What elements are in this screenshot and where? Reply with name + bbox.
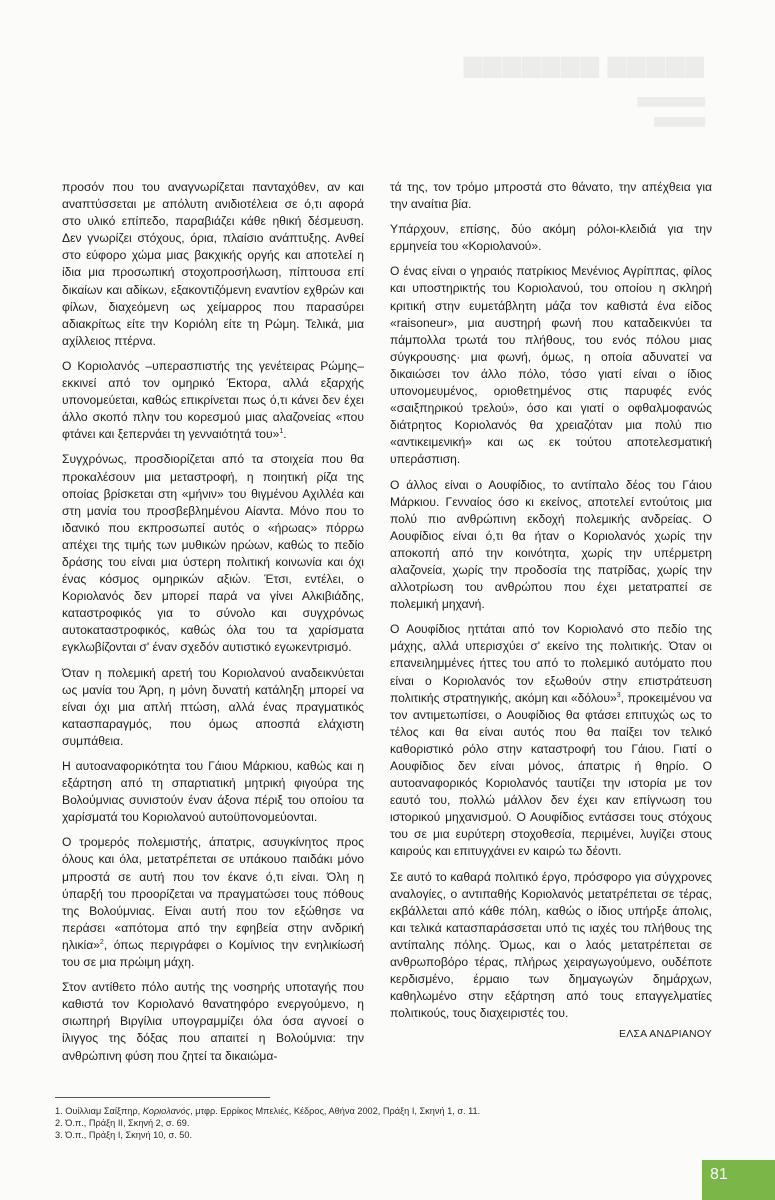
footnote-book-title: Κοριολανός — [143, 1106, 190, 1116]
page-number-badge: 81 — [702, 1160, 775, 1200]
footnotes: 1. Ουίλλιαμ Σαίξπηρ, Κοριολανός, μτφρ. Ε… — [55, 1105, 615, 1142]
footnote-number: 1. — [55, 1106, 63, 1116]
paragraph-text: Ο Κοριολανός –υπερασπιστής της γενέτειρα… — [62, 359, 364, 441]
faded-subline: ▆▆▆▆▆▆▆▆ — [637, 94, 705, 107]
article-column-right: τά της, τον τρόμο μπροστά στο θάνατο, τη… — [390, 179, 712, 1044]
paragraph: Ο Κοριολανός –υπερασπιστής της γενέτειρα… — [62, 358, 364, 443]
paragraph-text: , προκειμένου να τον αντιμετωπίσει, ο Αο… — [390, 691, 712, 859]
faded-subline: ▆▆▆▆▆▆ — [654, 114, 705, 127]
paragraph: Ο τρομερός πολεμιστής, άπατρις, ασυγκίνη… — [62, 834, 364, 971]
footnote-item: 3. Ό.π., Πράξη Ι, Σκηνή 10, σ. 50. — [55, 1129, 615, 1141]
paragraph: Ο ένας είναι ο γηραιός πατρίκιος Μενένιο… — [390, 263, 712, 468]
footnote-item: 2. Ό.π., Πράξη ΙΙ, Σκηνή 2, σ. 69. — [55, 1117, 615, 1129]
author-signature: ΕΛΣΑ ΑΝΔΡΙΑΝΟΥ — [390, 1026, 712, 1043]
paragraph: Ο άλλος είναι ο Αουφίδιος, το αντίπαλο δ… — [390, 477, 712, 614]
footnote-text: Ουίλλιαμ Σαίξπηρ, — [63, 1106, 143, 1116]
footnote-number: 3. — [55, 1130, 63, 1140]
paragraph: Η αυτοαναφορικότητα του Γάιου Μάρκιου, κ… — [62, 758, 364, 826]
footnote-divider — [55, 1097, 270, 1098]
faded-show-through-header: ▆▆▆▆▆▆▆ ▆▆▆▆▆ ▆▆▆▆▆▆▆▆ ▆▆▆▆▆▆ — [415, 50, 705, 130]
footnote-text: Ό.π., Πράξη ΙΙ, Σκηνή 2, σ. 69. — [63, 1118, 190, 1128]
paragraph: Όταν η πολεμική αρετή του Κοριολανού ανα… — [62, 665, 364, 750]
paragraph: Στον αντίθετο πόλο αυτής της νοσηρής υπο… — [62, 979, 364, 1064]
footnote-text: , μτφρ. Ερρίκος Μπελιές, Κέδρος, Αθήνα 2… — [190, 1106, 480, 1116]
faded-heading: ▆▆▆▆▆▆▆ ▆▆▆▆▆ — [464, 50, 705, 79]
article-column-left: προσόν που του αναγνωρίζεται πανταχόθεν,… — [62, 179, 364, 1073]
paragraph: τά της, τον τρόμο μπροστά στο θάνατο, τη… — [390, 179, 712, 213]
paragraph-text: Ο τρομερός πολεμιστής, άπατρις, ασυγκίνη… — [62, 835, 364, 952]
paragraph: Συγχρόνως, προσδιορίζεται από τα στοιχεί… — [62, 451, 364, 656]
paragraph-text: , όπως περιγράφει ο Κομίνιος την ενηλικί… — [62, 938, 364, 969]
paragraph: Ο Αουφίδιος ηττάται από τον Κοριολανό στ… — [390, 621, 712, 860]
footnote-number: 2. — [55, 1118, 63, 1128]
paragraph: Σε αυτό το καθαρά πολιτικό έργο, πρόσφορ… — [390, 869, 712, 1023]
paragraph: προσόν που του αναγνωρίζεται πανταχόθεν,… — [62, 179, 364, 350]
paragraph: Υπάρχουν, επίσης, δύο ακόμη ρόλοι-κλειδι… — [390, 221, 712, 255]
footnote-text: Ό.π., Πράξη Ι, Σκηνή 10, σ. 50. — [63, 1130, 192, 1140]
paragraph-text: . — [283, 427, 286, 441]
footnote-item: 1. Ουίλλιαμ Σαίξπηρ, Κοριολανός, μτφρ. Ε… — [55, 1105, 615, 1117]
